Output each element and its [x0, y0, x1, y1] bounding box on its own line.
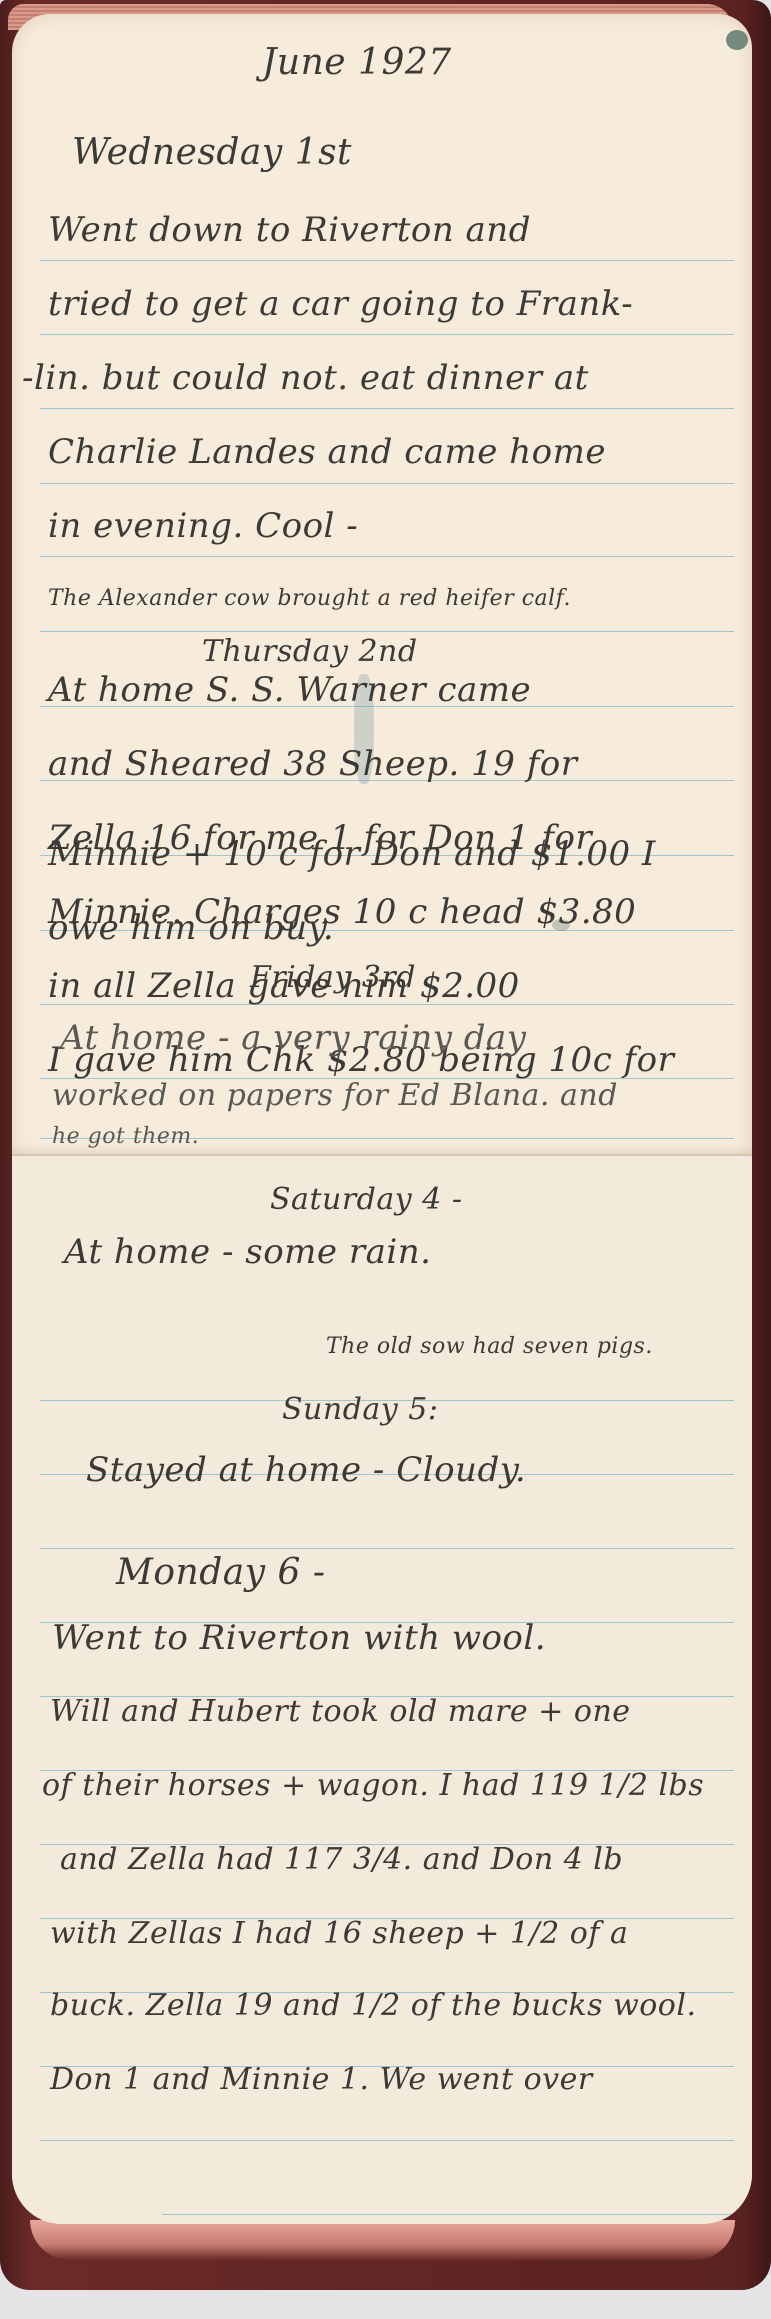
entry-line: Went down to Riverton and [48, 210, 531, 250]
day-heading-thursday: Thursday 2nd [202, 634, 418, 669]
entry-line: At home S. S. Warner came [48, 670, 531, 710]
rule-line [40, 260, 734, 261]
entry-line: Minnie + 10 c for Don and $1.00 I [48, 834, 656, 874]
rule-line [40, 1548, 734, 1549]
rule-line [40, 631, 734, 632]
page-edges-bottom [30, 2220, 735, 2260]
entry-line: in evening. Cool - [48, 506, 358, 546]
entry-line: with Zellas I had 16 sheep + 1/2 of a [50, 1916, 628, 1951]
entry-line: Don 1 and Minnie 1. We went over [50, 2062, 593, 2097]
rule-line [40, 334, 734, 335]
entry-line: buck. Zella 19 and 1/2 of the bucks wool… [50, 1988, 697, 2023]
entry-line: of their horses + wagon. I had 119 1/2 l… [42, 1768, 704, 1803]
entry-line: -lin. but could not. eat dinner at [22, 358, 589, 398]
entry-line: Charlie Landes and came home [48, 432, 606, 472]
entry-line: tried to get a car going to Frank- [48, 284, 633, 324]
month-heading: June 1927 [262, 42, 452, 83]
entry-line: and Sheared 38 Sheep. 19 for [48, 744, 578, 784]
entry-line: Will and Hubert took old mare + one [50, 1694, 631, 1729]
entry-note: The old sow had seven pigs. [326, 1334, 653, 1359]
entry-line: owe him on buy. [48, 908, 334, 948]
rule-line [162, 2214, 734, 2215]
day-heading-friday: Friday 3rd [250, 960, 416, 995]
entry-line: Stayed at home - Cloudy. [86, 1450, 526, 1490]
entry-line: At home - some rain. [64, 1232, 431, 1272]
rule-line [40, 2140, 734, 2141]
rule-line [40, 408, 734, 409]
entry-line: At home - a very rainy day [60, 1018, 527, 1058]
entry-line: worked on papers for Ed Blana. and [52, 1078, 618, 1113]
entry-line: Went to Riverton with wool. [52, 1618, 546, 1658]
day-heading-sunday: Sunday 5: [282, 1392, 438, 1427]
entry-line: he got them. [52, 1124, 199, 1149]
diary-page: June 1927 Wednesday 1st Went down to Riv… [12, 14, 752, 2224]
entry-line: and Zella had 117 3/4. and Don 4 lb [60, 1842, 623, 1877]
day-heading-monday: Monday 6 - [116, 1552, 326, 1593]
rule-line [40, 556, 734, 557]
ink-blot [726, 30, 748, 50]
day-heading-saturday: Saturday 4 - [270, 1182, 463, 1217]
day-heading-wednesday: Wednesday 1st [72, 132, 352, 173]
entry-note: The Alexander cow brought a red heifer c… [48, 586, 571, 611]
rule-line [40, 483, 734, 484]
